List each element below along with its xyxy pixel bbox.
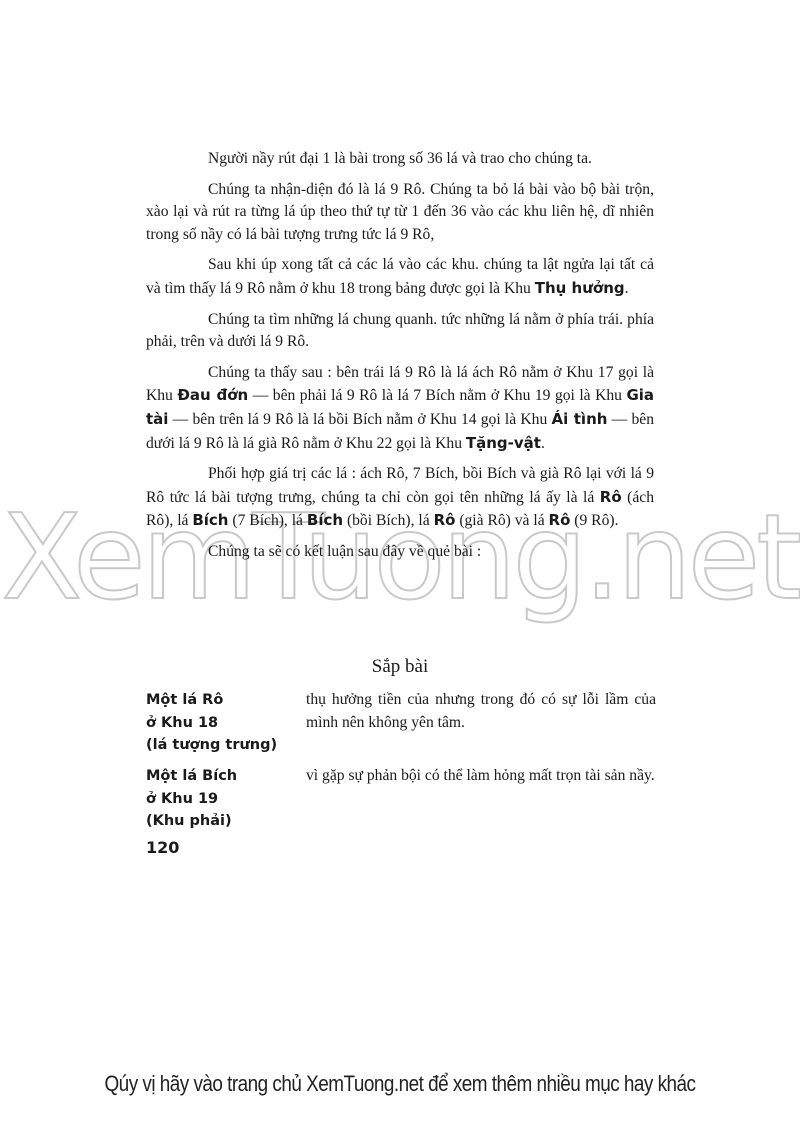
- paragraph: Chúng ta nhận-diện đó là lá 9 Rô. Chúng …: [146, 179, 654, 247]
- emphasis-term: Ái tình: [551, 410, 607, 428]
- emphasis-term: Bích: [307, 511, 343, 529]
- reading-label-line: Một lá Rô: [146, 689, 316, 712]
- book-page: XemTuong.net Người nầy rút đại 1 là bài …: [0, 0, 800, 1132]
- reading-label-line: ở Khu 19: [146, 788, 316, 811]
- paragraph-text: (7 Bích), lá: [229, 512, 307, 529]
- paragraph-text: .: [541, 435, 545, 452]
- paragraph: Sau khi úp xong tất cả các lá vào các kh…: [146, 254, 654, 300]
- reading-label: Một lá Bích ở Khu 19 (Khu phải): [146, 765, 316, 833]
- paragraph-text: (già Rô) và lá: [455, 512, 548, 529]
- reading-label: Một lá Rô ở Khu 18 (lá tượng trưng): [146, 689, 316, 757]
- paragraph-text: Phối hợp giá trị các lá : ách Rô, 7 Bích…: [146, 465, 654, 506]
- paragraph: Chúng ta tìm những lá chung quanh. tức n…: [146, 309, 654, 354]
- emphasis-term: Bích: [192, 511, 228, 529]
- paragraph-text: (bồi Bích), lá: [343, 512, 434, 529]
- emphasis-term: Đau đớn: [177, 386, 248, 404]
- paragraph-text: — bên phải lá 9 Rô là lá 7 Bích nằm ở Kh…: [248, 387, 626, 404]
- body-text: Người nầy rút đại 1 là bài trong số 36 l…: [146, 148, 654, 572]
- footer-link-text[interactable]: Qúy vị hãy vào trang chủ XemTuong.net để…: [56, 1071, 744, 1097]
- reading-label-line: (Khu phải): [146, 810, 316, 833]
- paragraph-text: — bên trên lá 9 Rô là lá bồi Bích nằm ở …: [168, 411, 551, 428]
- emphasis-term: Rô: [600, 488, 622, 506]
- paragraph: Người nầy rút đại 1 là bài trong số 36 l…: [146, 148, 654, 171]
- paragraph-text: .: [625, 280, 629, 297]
- paragraph-text: (9 Rô).: [570, 512, 618, 529]
- emphasis-term: Rô: [434, 511, 456, 529]
- emphasis-term: Thụ hưởng: [535, 279, 625, 297]
- reading-description: thụ hưởng tiền của nhưng trong đó có sự …: [306, 689, 656, 734]
- section-title: Sắp bài: [0, 656, 800, 678]
- emphasis-term: Rô: [549, 511, 571, 529]
- page-number: 120: [146, 838, 179, 857]
- reading-description: vì gặp sự phản bội có thể làm hỏng mất t…: [306, 765, 656, 788]
- reading-label-line: (lá tượng trưng): [146, 734, 316, 757]
- paragraph: Phối hợp giá trị các lá : ách Rô, 7 Bích…: [146, 463, 654, 533]
- emphasis-term: Tặng-vật: [466, 434, 541, 452]
- paragraph: Chúng ta thấy sau : bên trái lá 9 Rô là …: [146, 362, 654, 455]
- paragraph: Chúng ta sẽ có kết luận sau đây về quẻ b…: [146, 541, 654, 564]
- reading-label-line: ở Khu 18: [146, 712, 316, 735]
- reading-label-line: Một lá Bích: [146, 765, 316, 788]
